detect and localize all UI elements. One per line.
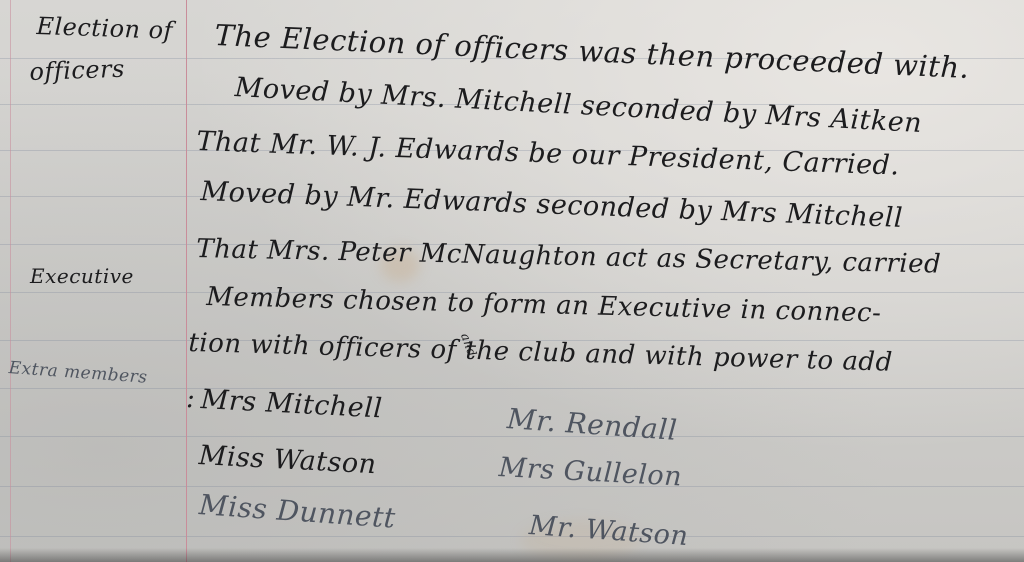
minutes-line-3: That Mr. W. J. Edwards be our President,… bbox=[196, 126, 900, 182]
minutes-line-7: tion with officers of the club and with … bbox=[188, 328, 893, 378]
ruled-line bbox=[0, 388, 1024, 389]
ruled-line bbox=[0, 436, 1024, 437]
ruled-line bbox=[0, 536, 1024, 537]
member-right-1: Mr. Rendall bbox=[506, 402, 678, 447]
minutes-line-6: Members chosen to form an Executive in c… bbox=[206, 282, 882, 328]
handwritten-page: Election of officers Executive Extra mem… bbox=[0, 0, 1024, 562]
margin-rule bbox=[186, 0, 187, 562]
minutes-line-1: The Election of officers was then procee… bbox=[214, 18, 970, 85]
margin-note-officers: officers bbox=[29, 55, 125, 86]
page-edge-shadow bbox=[0, 548, 1024, 562]
left-edge-rule bbox=[10, 0, 11, 562]
member-left-1: Mrs Mitchell bbox=[200, 384, 383, 424]
members-colon: : bbox=[186, 384, 195, 414]
minutes-line-4: Moved by Mr. Edwards seconded by Mrs Mit… bbox=[200, 176, 904, 234]
margin-note-executive: Executive bbox=[30, 264, 134, 288]
margin-note-election-of: Election of bbox=[36, 12, 173, 45]
member-left-2: Miss Watson bbox=[198, 440, 377, 480]
ruled-line bbox=[0, 486, 1024, 487]
minutes-line-2: Moved by Mrs. Mitchell seconded by Mrs A… bbox=[234, 72, 923, 139]
member-left-3: Miss Dunnett bbox=[198, 488, 397, 535]
minutes-line-5: That Mrs. Peter McNaughton act as Secret… bbox=[196, 234, 941, 280]
margin-note-extra-members: Extra members bbox=[8, 358, 148, 388]
